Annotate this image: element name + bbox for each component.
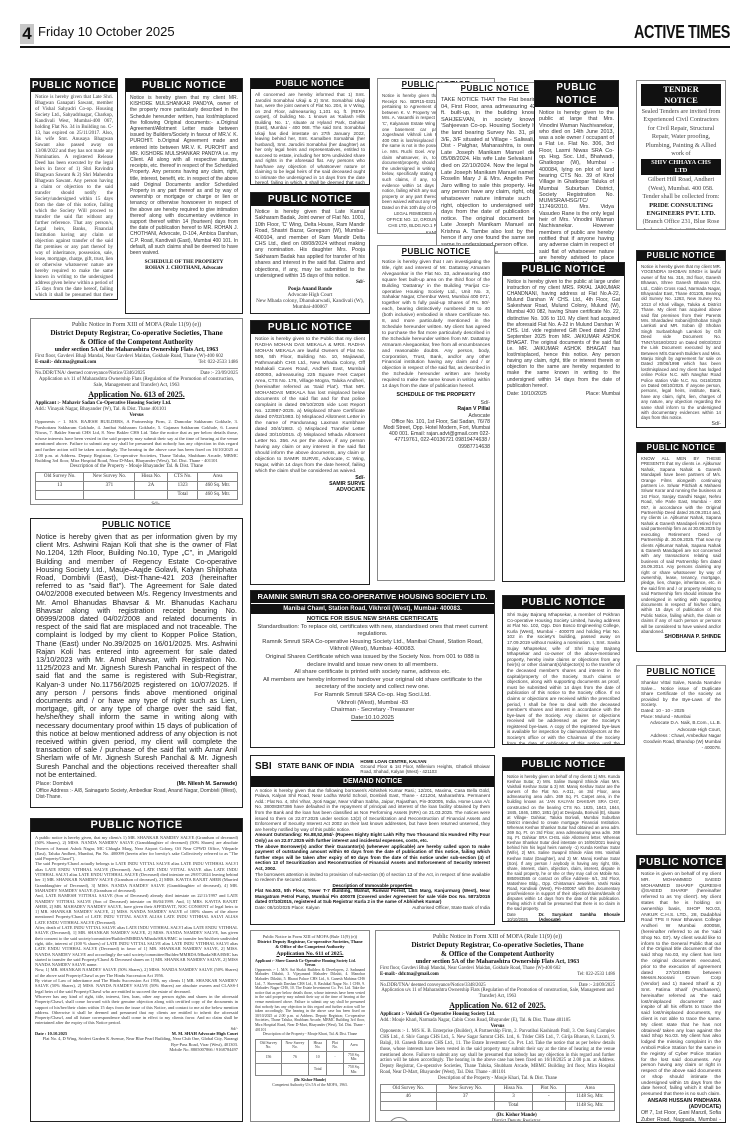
notice-title: PUBLIC NOTICE [637,666,725,677]
notice-body: Shankar Vittal Salve, Nanda Namdev Salve… [641,680,721,708]
notice-body: A notice is hereby given that the follow… [255,788,490,833]
form-xiii-application-613: Public Notice in Form XIII of MOFA (Rule… [30,318,243,505]
form-opponents: Opponents :- 1. M/S K. B. Enterprise (Bu… [380,1029,615,1075]
notice-call: The above Borrower(s) and/or their Guara… [255,844,490,872]
cell: 1148 Sq. Mtr. [565,1093,614,1102]
form-opponents: Opponents :- 1. M/S. Sai Shakti Builders… [255,968,365,1032]
th: Area [343,1039,364,1051]
form-office: & Office of the Competent Authority [255,944,365,949]
cell: 37 [436,1093,495,1102]
notice-title: PUBLIC NOTICE [503,758,624,771]
notice-salve: PUBLIC NOTICE A public notice is hereby … [30,818,243,1122]
notice-title: PUBLIC NOTICE [251,193,369,206]
table-row: 1567610-750 Sq. Mtr. [256,1051,365,1063]
table-row: Total750 Sq. Mtr. [256,1064,365,1076]
survey-table: Old Survey No.New Survey No.Hissa No.Plo… [255,1039,365,1077]
notice-title: PUBLIC NOTICE [637,856,725,869]
notice-address: Office Address :- A/8, Sainagarto Societ… [36,788,237,800]
form-authority: District Deputy Registrar, Co-operative … [380,941,615,950]
form-authority: District Deputy Registrar, Co-operative … [35,329,238,338]
notice-title: DEMAND NOTICE [251,776,494,787]
th: Hissa No. [495,1084,533,1093]
notice-sutar: PUBLIC NOTICE Notice is hereby given on … [502,757,625,922]
branch-address: Ground Floor & 1st Floor, Millenium Heig… [360,764,490,774]
table-row: 133712A1323460 Sq. Mtr. [36,481,238,490]
form-section: under section 5A of the Maharashtra Owne… [35,347,238,354]
society-address: Manibai Chawl, Station Road, Vikhroli (W… [251,603,494,614]
notice-body: Notice is hereby given to the public at … [507,279,620,389]
th: Old Survey No. [381,1084,437,1093]
cell: 76 [281,1051,308,1063]
notice-body: Notice is given on behalf of my client M… [641,872,721,1098]
notice-date: Date:10.10.2025 [257,715,488,723]
tender-society: SHIV CHHAYA CHS LTD [641,159,721,175]
cell [281,1064,308,1076]
cell: 2A [135,481,168,490]
form-property-description: Description of the Property - Mouje Bhay… [35,464,238,470]
cell: - [532,1093,565,1102]
tender-address: Gilbert Hill Road, Andheri (West), Mumba… [641,176,721,193]
cell: 460 Sq. Mtr. [198,481,238,490]
form-xiii-application-612: Public Notice in Form XIII of MOFA (Rule… [375,930,620,1122]
cell: 460 Sq. Mtr. [198,490,238,499]
notice-line4: All share certificate is printed with so… [257,669,488,677]
notice-title: PUBLIC NOTICE [637,251,725,261]
cell: 1323 [168,481,198,490]
tender-notice-box: TENDER NOTICE Sealed Tenders are invited… [636,80,726,230]
tender-title: TENDER NOTICE [641,84,721,106]
notice-body: All concerned are hereby informed that 1… [255,92,365,185]
notice-body: Notice is hereby given that I am investi… [382,260,490,390]
th: Plot No. [327,1039,343,1051]
cell: 3 [495,1093,533,1102]
notice-title: PUBLIC NOTICE [503,263,624,276]
notice-title: PUBLIC NOTICE [31,79,117,92]
notice-sig1: For Ramnik Smruti SRA Co-op. Hsg Soci.Lt… [257,692,488,700]
cell [36,490,84,499]
notice-title: PUBLIC NOTICE [126,79,242,92]
notice-nahak-partnership: PUBLIC NOTICE KNOW ALL MEN BY THESE PRES… [636,442,726,652]
notice-place: Place: Dombivli [36,781,73,787]
th: Hissa No. [308,1039,326,1051]
notice-address: Off 7, 1st Floor, Gani Manzil, Sofia Zub… [641,1110,721,1123]
notice-mobile: Mobile No. 8805007866 / 9168784497 [35,1047,238,1052]
th: New Survey No. [84,472,135,481]
notice-line5: All members are hereby informed to hando… [257,677,488,692]
cell: - [327,1051,343,1063]
notice-line2: Ramnik Smruti SRA Co-operative Housing S… [257,639,488,654]
cell: 750 Sq. Mtr. [343,1051,364,1063]
form-tel: Tel: 022-2533 1486 [199,360,238,366]
survey-table: Old Survey No.New Survey No.Hissa No.CTS… [35,472,238,500]
notice-body-4: After, death of LATE INDU VITTAL SALVE a… [35,925,238,967]
notice-signatory-title: ADVOCATE [255,487,365,493]
society-name: RAMNIK SMRUTI SRA CO-OPERATIVE HOUSING S… [251,591,494,603]
form-email: E-mail:- ddr.tna@gmail.com [380,972,439,978]
th: New Survey No. [436,1084,495,1093]
notice-badak: PUBLIC NOTICE Notice is hereby given tha… [250,192,370,314]
cell [84,490,135,499]
notice-mhapsekar: PUBLIC NOTICE Shri Sujay Bajrang Mhapsek… [502,595,625,745]
page-number: 4 [20,24,34,44]
notice-ashwini-koli: PUBLIC NOTICE Notice is hereby given tha… [30,518,243,808]
th: Hissa No. [135,472,168,481]
notice-sig2: Vikhroli (West), Mumbai -83 [257,700,488,708]
notice-mekala: PUBLIC NOTICE Notice is hereby given to … [250,320,370,585]
form-act: Application u/s 11 of Maharashtra Owners… [35,377,238,389]
notice-place: Place: Mumbai [586,391,620,397]
form-office: & Office of the Competent Authority [35,338,238,347]
th: CTS No. [168,472,198,481]
notice-body: Shri Sujay Bajrang Mhapsekar, a member o… [507,612,620,745]
form-office: & Office of the Competent Authority [380,950,615,959]
cell: Total [168,490,198,499]
notice-yogendra-singh: PUBLIC NOTICE Notice is hereby given tha… [636,250,726,428]
table-row: Total1148 Sq. Mtr. [381,1102,615,1111]
form-post1: District Deputy Registrar, [380,1119,615,1122]
form-email: E-mail:- ddr.tna@gmail.com [35,360,96,366]
tender-firm: PRIDE CONSULTING ENGINEERS PVT. LTD. [641,202,721,219]
page-header: 4 Friday 10 October 2025 ACTIVE TIMES [0,0,750,38]
form-opponents: Opponents :- 1. M/S. RAJESH BUILDERS, A … [35,419,238,464]
ramnik-smruti-notice: RAMNIK SMRUTI SRA CO-OPERATIVE HOUSING S… [250,590,495,748]
notice-signatory: ROHAN J. CHOTHANI, Advocate [130,265,238,271]
notice-body: KNOW ALL MEN BY THESE PRESENTS that my c… [641,456,721,634]
publication-date: Friday 10 October 2025 [38,24,175,39]
form-property-description: Description of the Property - Mouje Khar… [255,1032,365,1037]
notice-address: New Mhada colony, Dhanukarwadi, Kandival… [255,298,365,310]
notice-title: PUBLIC NOTICE [503,596,624,609]
notice-signatory: ANSARI HUSSAIN PINDHARA (ADVOCATE) [641,1098,721,1110]
notice-pandya: PUBLIC NOTICE Notice is hereby given tha… [125,78,243,314]
form-line1: Public Notice in Form XIII of MOFA (Rule… [35,322,238,329]
notice-title: PUBLIC NOTICE [251,79,369,89]
cell: Total [308,1064,326,1076]
cell [436,1102,495,1111]
form-act: Application u/s 11 of Maharashtra Owners… [380,988,615,1000]
cell [256,1064,282,1076]
notice-body: Notice is hereby given that Late Shri. B… [35,95,113,300]
notice-title: PUBLIC NOTICE [637,443,725,453]
cell [532,1102,565,1111]
property-desc: Flat No.503, 5th Floor, Tower T-7 Buildi… [255,888,490,905]
notice-sig3: Chairman - Secretary -Treasurer [257,707,488,715]
sbi-demand-notice: SBI STATE BANK OF INDIA HOME LOAN CENTRE… [250,755,495,925]
notice-body-7: Whoever has any kind of right, title, in… [35,994,238,1026]
notice-naik-duplicate: PUBLIC NOTICE Shankar Vittal Salve, Nand… [636,665,726,835]
notice-date: Date: 10/10/2025 [507,391,547,397]
form-section: under section 5A of the Maharashtra Owne… [380,959,615,966]
notice-body-3: And, LATE RAMESH VITTHAL SALVE (Son of D… [35,893,238,925]
notice-attention: The borrowers attention is invited to pr… [255,872,490,883]
notice-body: Notice is hereby given on behalf of my c… [507,774,620,912]
application-number: Application No. 613 of 2025. [35,390,238,400]
notice-sawant: PUBLIC NOTICE Notice is hereby given tha… [30,78,118,300]
th: Area [565,1084,614,1093]
bank-name: STATE BANK OF INDIA [278,764,355,770]
application-number: Application No. 611 of 2025. [255,951,365,958]
survey-table: Old Survey No.New Survey No.Hissa No.Plo… [380,1084,615,1111]
notice-body-2: The said Property/Chawl actually belongs… [35,861,238,893]
notice-title: PUBLIC NOTICE [378,246,494,257]
notice-body: Notice is hereby given that my client MR… [641,264,721,421]
notice-signatory: Advocate D.A. Naik, B.Com., LL.B. [641,720,721,726]
application-number: Application No. 612 of 2025. [380,1001,615,1011]
notice-ukaji: PUBLIC NOTICE All concerned are hereby i… [250,78,370,185]
form-tel: Tel: 022-2533 1486 [577,972,615,978]
notice-date: Date: 08/10/2025 Place: Kalyan [255,905,320,911]
notice-body-1: A public notice is hereby given, that my… [35,835,238,861]
cell: 10 [308,1051,326,1063]
notice-address: Office No. 101, 1st Floor, Sai Sadan, 76… [382,419,490,450]
th: Old Survey No. [36,472,84,481]
notice-qureshi-shop: PUBLIC NOTICE Notice is given on behalf … [636,855,726,1123]
tender-intro: Sealed Tenders are invited from Experien… [641,108,721,158]
notice-signatory: Santosh D. Tiwari [641,427,721,428]
tender-branch: (Branch Office 231, Blue Rose Industrial… [641,218,721,230]
notice-subtitle: NOTICE FOR ISSUE NEW SHARE CERTIFICATE [257,616,488,624]
tender-collect: Tender shall be collected from: [641,193,721,201]
cell: 13 [36,481,84,490]
notice-title: PUBLIC NOTICE [251,321,369,334]
notice-address: Flat No. 4, D Wing, Sridevi Garden K Ave… [35,1036,238,1047]
cell [381,1102,437,1111]
sbi-logo-icon: SBI [255,764,272,770]
notice-title: PUBLIC NOTICE [535,81,618,107]
cell [135,490,168,499]
authorised-officer: Authorised Officer, State Bank of India [412,905,490,911]
form-xiii-application-611: Public Notice in Form XIII of MOFA (Rule… [250,930,370,1122]
notice-body-5: Now, 1] MR. SHANKAR NAMDEV SALVE (50% Sh… [35,967,238,978]
notice-address: Address : Chawl, Ambedkar Nagar Goodwin … [641,733,721,752]
cell: 156 [256,1051,282,1063]
cell: 750 Sq. Mtr. [343,1064,364,1076]
notice-body: Notice is hereby given to the Public tha… [255,337,365,475]
notice-title: PUBLIC NOTICE [31,819,242,832]
notice-title: PUBLIC NOTICE [32,519,241,530]
notice-body: Notice is hereby given that Late Kamal S… [255,209,365,279]
th: Area [198,472,238,481]
notice-line1: Standardisation: To replace old, certifi… [257,624,488,639]
notice-body: Notice is hereby given that as per infor… [36,533,237,779]
form-post3: Competent Authority U/s 5A of the MOFA, … [255,1083,365,1088]
notice-signatory: (Mr. Nilesh M. Sarwade) [177,781,237,787]
form-property-description: Description of the Property - Mouje Khar… [380,1076,615,1082]
notice-chandnani: PUBLIC NOTICE Notice is hereby given to … [502,262,625,582]
notice-signatory: SHOBHANA P. SHINDE [641,634,721,640]
notice-signatory: Dr. Suryakant Sambha Bhosale (Advocate) [539,912,620,922]
form-sd: Sd/- [35,502,238,505]
notice-alvegaonkar: PUBLIC NOTICE Notice is hereby given tha… [377,245,495,581]
form-line1: Public Notice in Form XIII of MOFA (Rule… [380,934,615,941]
th: New Survey No. [281,1039,308,1051]
cell [327,1064,343,1076]
th: Old Survey No. [256,1039,282,1051]
amount-outstanding: Amount Outstanding: Rs.88,52,654/- (Rupe… [255,832,490,843]
notice-body: Notice is hereby given that my client MR… [130,95,238,256]
notice-body: TAKE NOTICE THAT The Flat bearing no. 04… [441,97,549,249]
cell: 46 [381,1093,437,1102]
masthead-title: ACTIVE TIMES [634,22,730,43]
schedule-title: SCHEDULE OF THE PROPERTY [382,392,490,398]
cell: 1148 Sq. Mtr. [565,1102,614,1111]
th: Plot No. [532,1084,565,1093]
cell: 371 [84,481,135,490]
notice-line3: Original Shares Certificate which was is… [257,654,488,669]
header-rule [20,46,730,48]
notice-date: Date : 10/10/2025 [507,912,539,922]
notice-body-6: By virtue of Law of inheritance and The … [35,978,238,994]
cell: Total [495,1102,533,1111]
table-row: Total460 Sq. Mtr. [36,490,238,499]
table-row: 46373-1148 Sq. Mtr. [381,1093,615,1102]
